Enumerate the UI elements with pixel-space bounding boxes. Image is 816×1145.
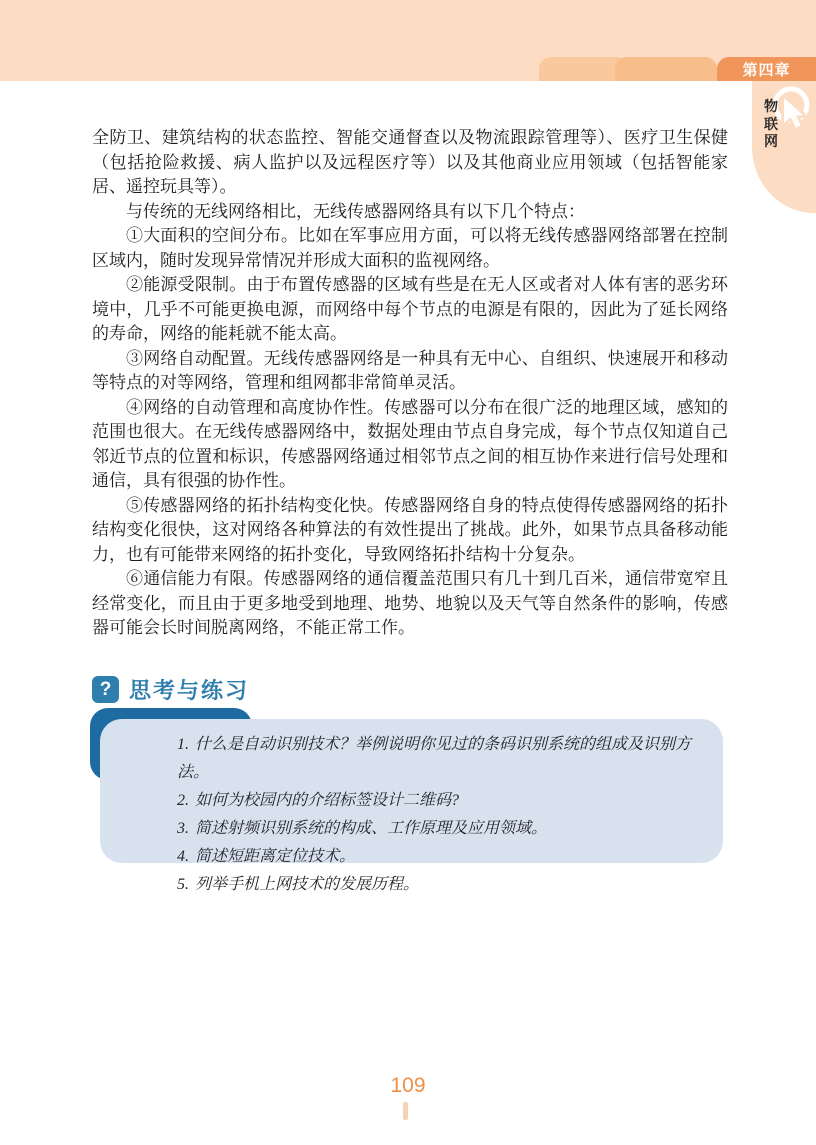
exercise-box: 1.什么是自动识别技术？举例说明你见过的条码识别系统的组成及识别方法。 2.如何… <box>100 719 723 863</box>
footer-decorative-bar <box>403 1102 408 1120</box>
exercise-section-header: ? 思考与练习 <box>92 674 249 705</box>
exercise-item-text: 列举手机上网技术的发展历程。 <box>195 876 419 893</box>
exercise-item-number: 2. <box>177 792 189 809</box>
chapter-tab-label: 第四章 <box>742 59 790 80</box>
exercise-item-text: 如何为校园内的介绍标签设计二维码? <box>195 792 459 809</box>
exercise-item-number: 1. <box>177 736 189 753</box>
series-vertical-label: 物联网 <box>763 99 779 152</box>
paragraph: ④网络的自动管理和高度协作性。传感器可以分布在很广泛的地理区域，感知的范围也很大… <box>92 396 728 494</box>
paragraph: ⑤传感器网络的拓扑结构变化快。传感器网络自身的特点使得传感器网络的拓扑结构变化很… <box>92 494 728 568</box>
exercise-item-number: 5. <box>177 876 189 893</box>
exercise-item-number: 3. <box>177 820 189 837</box>
book-page: 第四章 物联网 全防卫、建筑结构的状态监控、智能交通督查以及物流跟踪管理等）、医… <box>0 0 816 1145</box>
exercise-item: 1.什么是自动识别技术？举例说明你见过的条码识别系统的组成及识别方法。 <box>177 731 695 787</box>
paragraph: 与传统的无线网络相比，无线传感器网络具有以下几个特点： <box>92 200 728 225</box>
exercise-item-text: 简述短距离定位技术。 <box>195 848 355 865</box>
paragraph: ⑥通信能力有限。传感器网络的通信覆盖范围只有几十到几百米，通信带宽窄且经常变化，… <box>92 567 728 641</box>
exercise-list: 1.什么是自动识别技术？举例说明你见过的条码识别系统的组成及识别方法。 2.如何… <box>177 731 695 899</box>
exercise-item: 4.简述短距离定位技术。 <box>177 843 695 871</box>
exercise-item: 3.简述射频识别系统的构成、工作原理及应用领域。 <box>177 815 695 843</box>
paragraph: ①大面积的空间分布。比如在军事应用方面，可以将无线传感器网络部署在控制区域内，随… <box>92 224 728 273</box>
page-number: 109 <box>0 1074 816 1098</box>
paragraph: 全防卫、建筑结构的状态监控、智能交通督查以及物流跟踪管理等）、医疗卫生保健（包括… <box>92 126 728 200</box>
chapter-tab: 第四章 <box>717 57 816 81</box>
exercise-item-number: 4. <box>177 848 189 865</box>
sidebar-lobe: 物联网 <box>752 81 816 213</box>
exercise-section-title: 思考与练习 <box>129 674 249 705</box>
body-text: 全防卫、建筑结构的状态监控、智能交通督查以及物流跟踪管理等）、医疗卫生保健（包括… <box>92 126 728 666</box>
header-band: 第四章 <box>0 0 816 81</box>
exercise-item-text: 简述射频识别系统的构成、工作原理及应用领域。 <box>195 820 547 837</box>
question-mark-icon: ? <box>92 676 119 703</box>
exercise-item-text: 什么是自动识别技术？举例说明你见过的条码识别系统的组成及识别方法。 <box>177 736 691 781</box>
chapter-tab-blank-2 <box>615 57 717 81</box>
exercise-item: 2.如何为校园内的介绍标签设计二维码? <box>177 787 695 815</box>
paragraph: ②能源受限制。由于布置传感器的区域有些是在无人区或者对人体有害的恶劣环境中，几乎… <box>92 273 728 347</box>
question-mark-glyph: ? <box>100 679 112 701</box>
paragraph: ③网络自动配置。无线传感器网络是一种具有无中心、自组织、快速展开和移动等特点的对… <box>92 347 728 396</box>
exercise-item: 5.列举手机上网技术的发展历程。 <box>177 871 695 899</box>
